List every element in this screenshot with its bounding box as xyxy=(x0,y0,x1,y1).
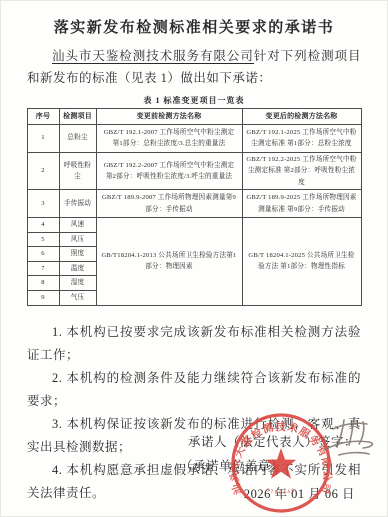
col-header-before: 变更前检测方法名称 xyxy=(96,108,242,124)
cell-item: 湿度 xyxy=(59,276,96,291)
cell-no: 3 xyxy=(27,190,59,218)
commitment-item-1: 1. 本机构已按要求完成该新发布标准相关检测方法验证工作； xyxy=(27,321,361,367)
cell-no: 9 xyxy=(27,291,59,306)
cell-method-after: GBZ/T 192.2-2025 工作场所空气中粉尘测定标准 第2部分：呼吸性粉… xyxy=(242,152,361,190)
table-row: 1 总粉尘 GBZ/T 192.1-2007 工作场所空气中粉尘测定 第1部分：… xyxy=(27,124,361,152)
cell-method-before: GBZ/T 189.9-2007 工作场所物理因素测量第9部分：手传振动 xyxy=(96,190,242,218)
table-row: 2 呼吸性粉尘 GBZ/T 192.2-2007 工作场所空气中粉尘测定 第2部… xyxy=(27,152,361,190)
cell-item: 照度 xyxy=(59,247,96,262)
signatory-label: 承诺人（法定代表人）签字： xyxy=(131,432,361,450)
cell-method-after: GBZ/T 192.1-2025 工作场所空气中粉尘测定标准 第1部分：总粉尘浓… xyxy=(242,124,361,152)
cell-item: 风速 xyxy=(59,218,96,233)
cell-method-after-merged: GB/T 18204.1-2025 公共场所卫生检验方法 第1部分：物理性指标 xyxy=(242,218,361,305)
cell-item: 气压 xyxy=(59,291,96,306)
cell-no: 6 xyxy=(27,247,59,262)
table-row: 4 风速 GB/T18204.1-2013 公共场所卫生检验方法第1部分：物理因… xyxy=(27,218,361,233)
company-name: 汕头市天鉴检测技术服务有限公司 xyxy=(52,49,254,64)
commitment-letter-page: 落实新发布检测标准相关要求的承诺书 汕头市天鉴检测技术服务有限公司针对下列检测项… xyxy=(0,0,388,517)
cell-no: 7 xyxy=(27,261,59,276)
cell-no: 5 xyxy=(27,232,59,247)
col-header-item: 检测项目 xyxy=(59,108,96,124)
cell-no: 8 xyxy=(27,276,59,291)
stamp-label: （承诺单位盖章） xyxy=(131,456,361,474)
col-header-after: 变更后的检测方法名称 xyxy=(242,108,361,124)
col-header-no: 序号 xyxy=(27,108,59,124)
standards-change-table: 序号 检测项目 变更前检测方法名称 变更后的检测方法名称 1 总粉尘 GBZ/T… xyxy=(27,108,362,306)
table-header-row: 序号 检测项目 变更前检测方法名称 变更后的检测方法名称 xyxy=(27,108,361,124)
intro-paragraph: 汕头市天鉴检测技术服务有限公司针对下列检测项目和新发布的标准（见表 1）做出如下… xyxy=(27,46,361,90)
cell-item: 温度 xyxy=(59,261,96,276)
document-title: 落实新发布检测标准相关要求的承诺书 xyxy=(1,1,387,37)
cell-no: 1 xyxy=(27,124,59,152)
cell-method-before: GBZ/T 192.1-2007 工作场所空气中粉尘测定 第1部分：总粉尘浓度/… xyxy=(96,124,242,152)
cell-method-before: GBZ/T 192.2-2007 工作场所空气中粉尘测定 第2部分：呼吸性粉尘浓… xyxy=(96,152,242,190)
commitment-item-2: 2. 本机构的检测条件及能力继续符合该新发布标准的要求； xyxy=(27,367,361,413)
table-row: 3 手传振动 GBZ/T 189.9-2007 工作场所物理因素测量第9部分：手… xyxy=(27,190,361,218)
cell-item: 总粉尘 xyxy=(59,124,96,152)
cell-item: 呼吸性粉尘 xyxy=(59,152,96,190)
cell-no: 2 xyxy=(27,152,59,190)
cell-item: 手传振动 xyxy=(59,190,96,218)
cell-no: 4 xyxy=(27,218,59,233)
signature-block: 承诺人（法定代表人）签字： （承诺单位盖章） 2026 年 01 月 06 日 xyxy=(131,432,361,502)
cell-method-before-merged: GB/T18204.1-2013 公共场所卫生检验方法第1部分：物理因素 xyxy=(96,218,242,305)
cell-item: 风压 xyxy=(59,232,96,247)
cell-method-after: GBZ/T 189.9-2025 工作场所物理因素测量标准 第9部分：手传振动 xyxy=(242,190,361,218)
date-text: 2026 年 01 月 06 日 xyxy=(131,484,361,502)
table-caption: 表 1 标准变更项目一览表 xyxy=(1,95,387,106)
